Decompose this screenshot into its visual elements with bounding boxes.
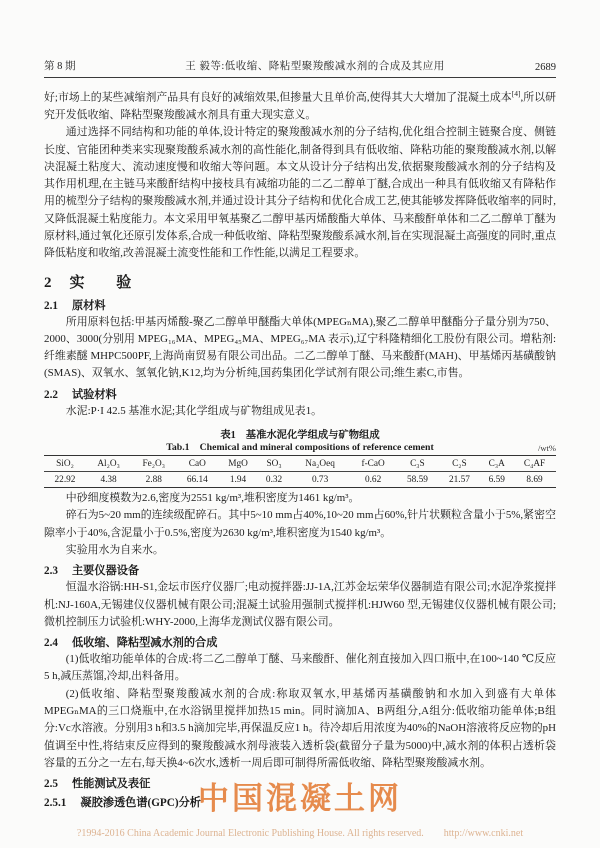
copyright-text: ?1994-2016 China Academic Journal Electr…: [77, 828, 424, 839]
table-caption-cn-text: 基准水泥化学组成与矿物组成: [246, 430, 380, 441]
table-value-cell: 66.14: [176, 472, 218, 488]
table-header-cell: MgO: [218, 456, 257, 472]
subsection-24-title: 低收缩、降粘型减水剂的合成: [72, 637, 217, 649]
materials-paragraph: 所用原料包括:甲基丙烯酸-聚乙二醇单甲醚酯大单体(MPEGₙMA),聚乙二醇单甲…: [44, 314, 556, 383]
subsection-23-title: 主要仪器设备: [72, 565, 139, 577]
table-value-row: 22.92 4.38 2.88 66.14 1.94 0.32 0.73 0.6…: [44, 472, 556, 488]
subsection-24-number: 2.4: [44, 637, 58, 649]
table-caption-en: Tab.1Chemical and mineral compositions o…: [44, 442, 556, 453]
table-value-cell: 2.88: [131, 472, 176, 488]
table-value-cell: 21.57: [438, 472, 480, 488]
table-header-cell: C₂S: [438, 456, 480, 472]
intro-paragraph-1: 好;市场上的某些减缩剂产品具有良好的减缩效果,但掺量大且单价高,使得其大大增加了…: [44, 85, 556, 124]
table-header-cell: CaO: [176, 456, 218, 472]
scanned-paper-page: { "header": { "issue": "第 8 期", "running…: [0, 0, 600, 848]
cement-paragraph: 水泥:P·I 42.5 基准水泥;其化学组成与矿物组成见表1。: [44, 403, 556, 420]
table-1-block: 表1基准水泥化学组成与矿物组成 Tab.1Chemical and minera…: [44, 426, 556, 488]
table-value-cell: 1.94: [218, 472, 257, 488]
running-title: 王 毅等:低收缩、降粘型聚羧酸减水剂的合成及其应用: [134, 58, 496, 73]
table-header-cell: C₃A: [480, 456, 513, 472]
subsection-24-heading: 2.4低收缩、降粘型减水剂的合成: [44, 634, 556, 650]
table-header-cell: f-CaO: [350, 456, 397, 472]
page-content: 第 8 期 王 毅等:低收缩、降粘型聚羧酸减水剂的合成及其应用 2689 好;市…: [44, 58, 556, 811]
subsection-22-heading: 2.2试验材料: [44, 386, 556, 402]
subsection-21-heading: 2.1原材料: [44, 297, 556, 313]
table-header-cell: Al₂O₃: [86, 456, 131, 472]
cement-composition-table: SiO₂ Al₂O₃ Fe₂O₃ CaO MgO SO₃ Na₂Oeq f-Ca…: [44, 455, 556, 488]
intro-p1-text: 好;市场上的某些减缩剂产品具有良好的减缩效果,但掺量大且单价高,使得其大大增加了…: [44, 92, 512, 104]
header-rule: [44, 77, 556, 78]
issue-label: 第 8 期: [44, 58, 134, 73]
table-value-cell: 0.32: [258, 472, 291, 488]
gravel-paragraph: 碎石为5~20 mm的连续级配碎石。其中5~10 mm占40%,10~20 mm…: [44, 507, 556, 542]
subsection-21-title: 原材料: [72, 300, 106, 312]
subsection-22-title: 试验材料: [72, 389, 117, 401]
table-header-cell: SiO₂: [44, 456, 86, 472]
section-2-title: 实 验: [70, 275, 146, 291]
table-caption-cn: 表1基准水泥化学组成与矿物组成: [44, 426, 556, 441]
journal-header: 第 8 期 王 毅等:低收缩、降粘型聚羧酸减水剂的合成及其应用 2689: [44, 58, 556, 73]
table-caption-en-label: Tab.1: [166, 442, 189, 453]
table-header-cell: C₃S: [396, 456, 438, 472]
table-value-cell: 22.92: [44, 472, 86, 488]
copyright-line: ?1994-2016 China Academic Journal Electr…: [0, 828, 600, 839]
table-unit: /wt%: [538, 443, 556, 453]
watermark-china-concrete-net: 中国混凝土网: [0, 773, 600, 818]
table-header-cell: Na₂Oeq: [290, 456, 349, 472]
table-caption-en-text: Chemical and mineral compositions of ref…: [200, 442, 434, 453]
cnki-url: http://www.cnki.net: [444, 828, 523, 839]
table-value-cell: 6.59: [480, 472, 513, 488]
subsection-21-number: 2.1: [44, 300, 58, 312]
instruments-paragraph: 恒温水浴锅:HH-S1,金坛市医疗仪器厂;电动搅拌器:JJ-1A,江苏金坛荣华仪…: [44, 579, 556, 631]
water-paragraph: 实验用水为自来水。: [44, 542, 556, 559]
table-value-cell: 4.38: [86, 472, 131, 488]
table-value-cell: 58.59: [396, 472, 438, 488]
subsection-23-heading: 2.3主要仪器设备: [44, 562, 556, 578]
section-2-heading: 2实 验: [44, 271, 556, 292]
subsection-23-number: 2.3: [44, 565, 58, 577]
table-header-row: SiO₂ Al₂O₃ Fe₂O₃ CaO MgO SO₃ Na₂Oeq f-Ca…: [44, 456, 556, 472]
table-value-cell: 0.62: [350, 472, 397, 488]
page-number: 2689: [496, 62, 556, 73]
table-header-cell: Fe₂O₃: [131, 456, 176, 472]
synthesis-step2-paragraph: (2)低收缩、降粘型聚羧酸减水剂的合成:称取双氧水,甲基烯丙基磺酸钠和水加入到盛…: [44, 686, 556, 772]
table-value-cell: 8.69: [513, 472, 556, 488]
table-header-cell: C₄AF: [513, 456, 556, 472]
intro-paragraph-2: 通过选择不同结构和功能的单体,设计特定的聚羧酸减水剂的分子结构,优化组合控制主链…: [44, 124, 556, 262]
table-value-cell: 0.73: [290, 472, 349, 488]
table-header-cell: SO₃: [258, 456, 291, 472]
synthesis-step1-paragraph: (1)低收缩功能单体的合成:将二乙二醇单丁醚、马来酸酐、催化剂直接加入四口瓶中,…: [44, 651, 556, 686]
section-2-number: 2: [44, 275, 52, 291]
sand-paragraph: 中砂细度模数为2.6,密度为2551 kg/m³,堆积密度为1461 kg/m³…: [44, 490, 556, 507]
table-caption-cn-label: 表1: [220, 430, 235, 441]
subsection-22-number: 2.2: [44, 389, 58, 401]
